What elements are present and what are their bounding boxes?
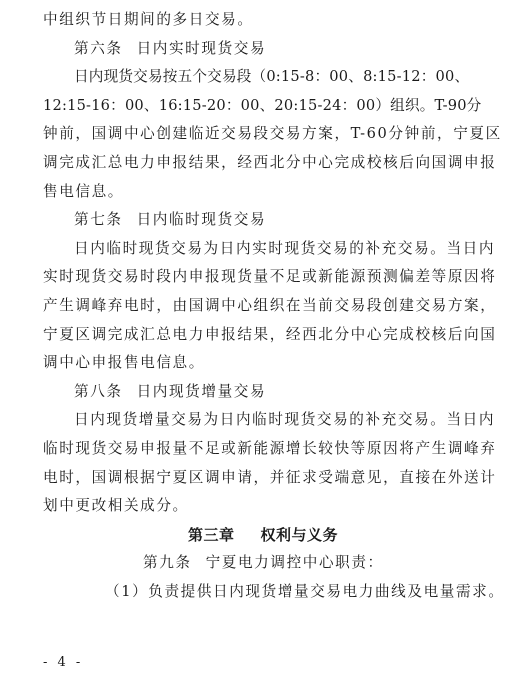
- chapter-heading: 第三章权利与义务: [43, 521, 483, 550]
- article-7-text: 日内临时现货交易为日内实时现货交易的补充交易。当日内: [43, 235, 483, 264]
- article-8-text: 日内现货增量交易为日内临时现货交易的补充交易。当日内: [43, 406, 483, 435]
- article-title: 日内实时现货交易: [137, 40, 267, 57]
- article-7-heading: 第七条日内临时现货交易: [43, 206, 483, 235]
- article-6-text: 售电信息。: [43, 178, 483, 207]
- article-8-heading: 第八条日内现货增量交易: [43, 378, 483, 407]
- paragraph-continuation: 中组织节日期间的多日交易。: [43, 6, 483, 35]
- chapter-number: 第三章: [188, 526, 235, 544]
- document-page: 中组织节日期间的多日交易。 第六条日内实时现货交易 日内现货交易按五个交易段（0…: [43, 6, 483, 606]
- page-number: - 4 -: [43, 655, 83, 670]
- article-number: 第八条: [74, 383, 123, 400]
- article-title: 日内现货增量交易: [137, 383, 267, 400]
- article-6-text: 12:15-16：00、16:15-20：00、20:15-24：00）组织。T…: [43, 92, 483, 121]
- article-title: 宁夏电力调控中心职责：: [206, 554, 384, 571]
- article-6-text: 钟前，国调中心创建临近交易段交易方案，T-60分钟前，宁夏区: [43, 120, 483, 149]
- article-8-text: 电时，国调根据宁夏区调申请，并征求受端意见，直接在外送计: [43, 464, 483, 493]
- article-7-text: 产生调峰弃电时，由国调中心组织在当前交易段创建交易方案，: [43, 292, 483, 321]
- article-number: 第六条: [74, 40, 123, 57]
- article-number: 第七条: [74, 211, 123, 228]
- article-7-text: 宁夏区调完成汇总电力申报结果，经西北分中心完成校核后向国: [43, 321, 483, 350]
- list-item: （1）负责提供日内现货增量交易电力曲线及电量需求。: [43, 578, 483, 607]
- article-8-text: 临时现货交易申报量不足或新能源增长较快等原因将产生调峰弃: [43, 435, 483, 464]
- chapter-title: 权利与义务: [261, 526, 339, 544]
- article-8-text: 划中更改相关成分。: [43, 492, 483, 521]
- article-6-text: 调完成汇总电力申报结果，经西北分中心完成校核后向国调申报: [43, 149, 483, 178]
- article-9-heading: 第九条宁夏电力调控中心职责：: [43, 549, 483, 578]
- article-6-heading: 第六条日内实时现货交易: [43, 35, 483, 64]
- article-7-text: 调中心申报售电信息。: [43, 349, 483, 378]
- article-6-text: 日内现货交易按五个交易段（0:15-8：00、8:15-12：00、: [43, 63, 483, 92]
- article-7-text: 实时现货交易时段内申报现货量不足或新能源预测偏差等原因将: [43, 263, 483, 292]
- article-title: 日内临时现货交易: [137, 211, 267, 228]
- article-number: 第九条: [143, 554, 192, 571]
